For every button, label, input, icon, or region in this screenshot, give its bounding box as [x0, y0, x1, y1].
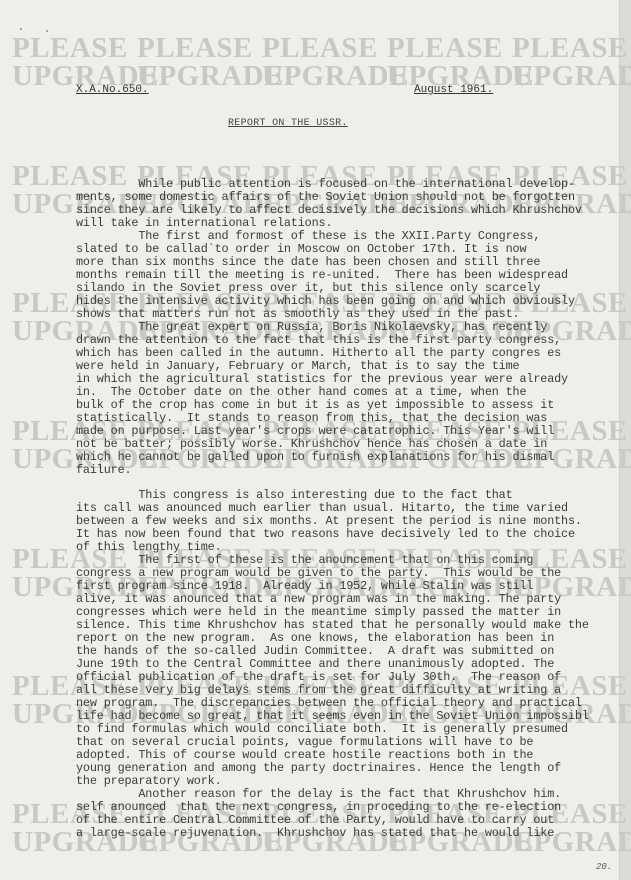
text-line: official publication of the draft is set… [76, 670, 561, 684]
text-line: This congress is also interesting due to… [76, 488, 513, 502]
text-line: congresses which were held in the meanti… [76, 605, 561, 619]
text-line: alive, it was anounced that a new progra… [76, 592, 561, 606]
text-line: to find formulas which would conciliate … [76, 722, 568, 736]
text-line: silence. This time Khrushchov has stated… [76, 618, 589, 632]
text-line: of this lengthy time. [76, 540, 222, 554]
text-line: first program since 1918. Already in 195… [76, 579, 533, 593]
text-line: life had become so great, that it seems … [76, 709, 589, 723]
text-line: self anounced that the next congress, in… [76, 800, 561, 814]
speck [46, 30, 48, 32]
page-number: 20. [596, 862, 612, 872]
text-line: in. The October date on the other hand c… [76, 385, 526, 399]
text-line: more than six months since the date has … [76, 255, 540, 269]
document-title: REPORT ON THE USSR. [228, 118, 348, 129]
text-line: which has been called in the autumn. Hit… [76, 346, 561, 360]
text-line: June 19th to the Central Committee and t… [76, 657, 554, 671]
text-line: the preparatory work. [76, 774, 222, 788]
text-line: shows that matters run not as smoothly a… [76, 307, 519, 321]
text-line: made on purpose. Last year's crops were … [76, 424, 554, 438]
text-line: not be batter; possibly worse. Khrushcho… [76, 437, 547, 451]
document-date: August 1961. [414, 84, 493, 96]
text-line: report on the new program. As one knows,… [76, 631, 554, 645]
text-line: While public attention is focused on the… [76, 177, 575, 191]
text-line: that on several crucial points, vague fo… [76, 735, 533, 749]
text-line: The great expert on Russia, Boris Nikola… [76, 320, 547, 334]
text-line: Another reason for the delay is the fact… [76, 787, 561, 801]
reference-number: X.A.No.650. [76, 84, 149, 96]
text-line: since they are likely to affect decisive… [76, 203, 582, 217]
text-line: The first of these is the anouncement th… [76, 553, 533, 567]
text-line: were held in January, February or March,… [76, 359, 519, 373]
text-line: silando in the Soviet press over it, but… [76, 281, 540, 295]
text-line: which he cannot be galled upon to furnis… [76, 450, 554, 464]
speck [20, 28, 22, 30]
text-line: will take in international relations. [76, 216, 332, 230]
document-content: X.A.No.650. August 1961. REPORT ON THE U… [0, 0, 620, 880]
text-line: statistically. It stands to reason from … [76, 411, 547, 425]
text-line: its call was anounced much earlier than … [76, 501, 568, 515]
text-line: of the entire Central Committee of the P… [76, 813, 554, 827]
text-line: ments, some domestic affairs of the Sovi… [76, 190, 575, 204]
text-line: The first and formost of these is the XX… [76, 229, 540, 243]
text-line: It has now been found that two reasons h… [76, 527, 575, 541]
text-line: months remain till the meeting is re-uni… [76, 268, 568, 282]
text-line: in which the agricultural statistics for… [76, 372, 568, 386]
text-line: new program. The discrepancies between t… [76, 696, 582, 710]
text-line: the hands of the so-called Judin Committ… [76, 644, 554, 658]
text-line: all these very big delays stems from the… [76, 683, 561, 697]
text-line: bulk of the crop has come in but it is a… [76, 398, 554, 412]
text-line: hides the intensive activity which has b… [76, 294, 575, 308]
text-line: a large-scale rejuvenation. Khrushchov h… [76, 826, 554, 840]
text-line: drawn the attention to the fact that thi… [76, 333, 561, 347]
text-line: adopted. This of course would create hos… [76, 748, 533, 762]
text-line: slated to be callad`to order in Moscow o… [76, 242, 526, 256]
text-line: failure. [76, 463, 131, 477]
text-line: young generation and among the party doc… [76, 761, 561, 775]
text-line: congress a new program would be given to… [76, 566, 561, 580]
page-edge [619, 0, 631, 880]
text-line: between a few weeks and six months. At p… [76, 514, 582, 528]
